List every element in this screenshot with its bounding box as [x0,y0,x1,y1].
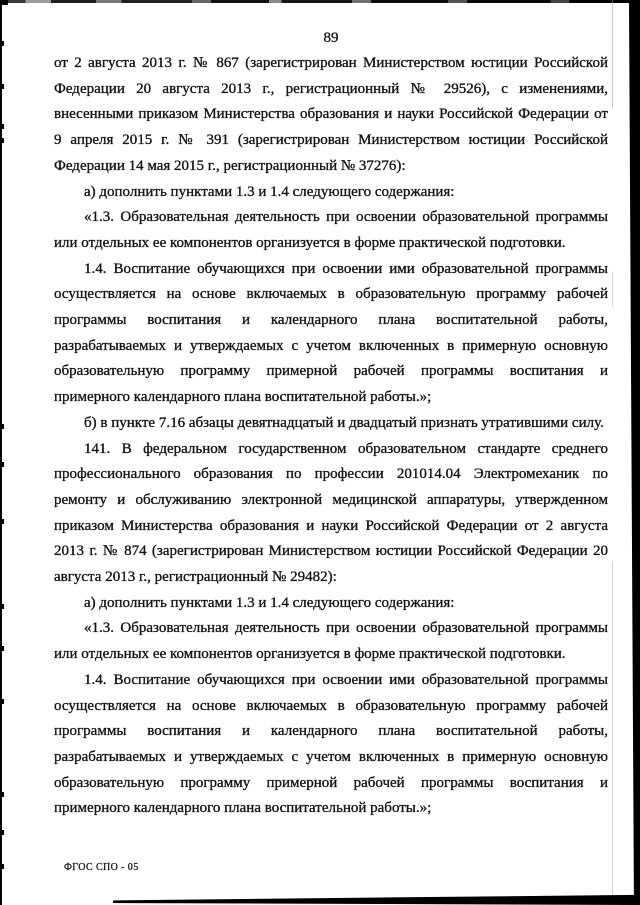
paragraph-3: «1.3. Образовательная деятельность при о… [54,205,608,256]
paragraph-6: 141. В федеральном государственном образ… [54,437,608,591]
scan-artifact-left-notches [0,0,4,5]
paragraph-5: б) в пункте 7.16 абзацы девятнадцатый и … [54,411,608,437]
document-body: от 2 августа 2013 г. № 867 (зарегистриро… [54,51,608,822]
paragraph-8: «1.3. Образовательная деятельность при о… [54,616,608,667]
paragraph-4: 1.4. Воспитание обучающихся при освоении… [54,257,608,411]
scan-artifact-top-edge [0,0,640,3]
scan-artifact-bottom-wedge [113,894,640,905]
scan-artifact-left-line [0,0,2,905]
scan-artifact-right-bar [629,2,640,905]
scan-artifact-edge-shadow [612,0,613,905]
paragraph-2: а) дополнить пунктами 1.3 и 1.4 следующе… [54,180,608,206]
page-number: 89 [54,30,608,47]
paragraph-7: а) дополнить пунктами 1.3 и 1.4 следующе… [54,591,608,617]
paragraph-9: 1.4. Воспитание обучающихся при освоении… [54,668,608,822]
paragraph-1: от 2 августа 2013 г. № 867 (зарегистриро… [54,51,608,180]
footer-code: ФГОС СПО - 05 [64,862,139,873]
